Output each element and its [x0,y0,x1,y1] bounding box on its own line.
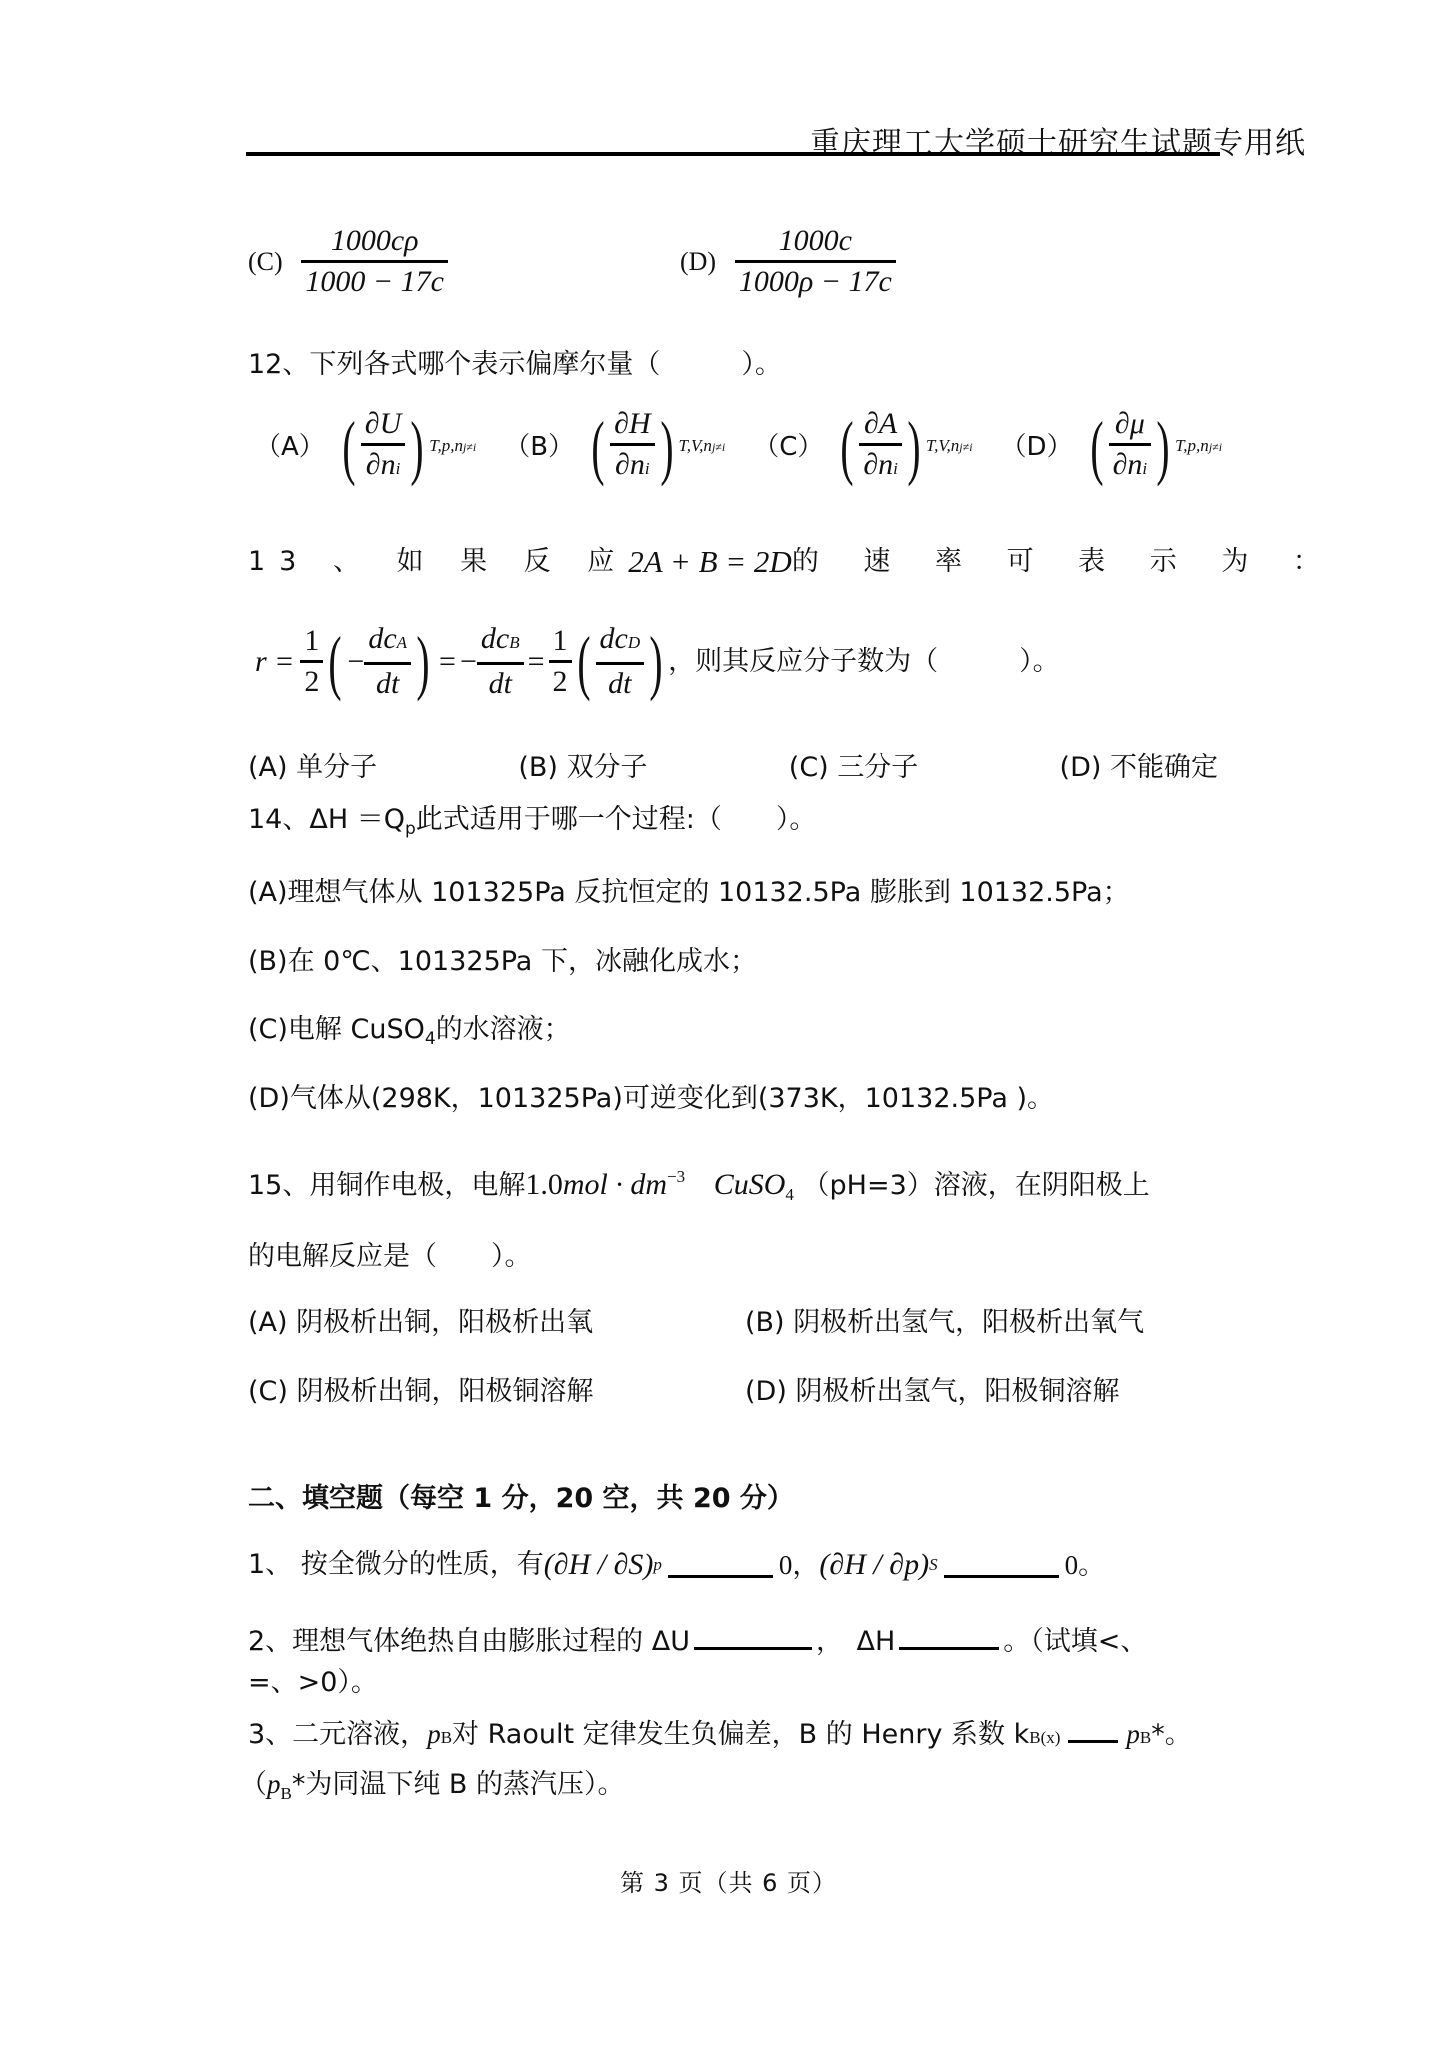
constraint-subscript: T,V,nj≠i [926,429,973,464]
q12-option-d: （D） ( ∂μ ∂ni ) T,p,nj≠i [1001,405,1223,488]
right-paren: ) [411,411,424,483]
section2-title: 二、填空题（每空 1 分，20 空，共 20 分） [248,1482,794,1516]
option-label: （B） [504,430,574,464]
dcD-fraction: dcD dt [596,620,645,703]
answer-blank[interactable] [668,1553,773,1578]
fraction: 1000c 1000ρ − 17c [735,222,896,301]
q15-option-b: (B) 阴极析出氢气，阳极析出氧气 [745,1306,1144,1340]
header-rule [246,152,1220,156]
q13-option-b: (B) 双分子 [518,751,647,785]
denominator: ∂ni [362,446,405,488]
partial-fraction: ∂H ∂ni [610,405,655,488]
option-label: (C) [248,247,283,276]
half-fraction: 1 2 [300,622,323,701]
option-label: （D） [1001,430,1073,464]
left-paren: ( [1090,411,1103,483]
section2-q2-line1: 2、理想气体绝热自由膨胀过程的 ΔU ， ΔH 。（试填<、 [248,1625,1147,1659]
dcB-fraction: dcB dt [477,620,524,703]
q13-tail: ，则其反应分子数为（ ）。 [668,645,1060,679]
q13-option-d: (D) 不能确定 [1060,751,1218,785]
constraint-subscript: T,p,nj≠i [429,429,476,464]
left-paren: ( [591,411,604,483]
q13-option-c: (C) 三分子 [789,751,919,785]
right-paren: ) [907,411,920,483]
option-label: （A） [255,430,325,464]
q15-option-a: (A) 阴极析出铜，阳极析出氧 [248,1306,593,1340]
q14-option-c: (C)电解 CuSO4的水溶液； [248,1013,571,1056]
right-paren: ) [1157,411,1170,483]
numerator: ∂A [860,405,901,443]
denominator: 1000ρ − 17c [735,263,896,301]
q12-options: （A） ( ∂U ∂ni ) T,p,nj≠i （B） ( ∂H ∂ni ) T… [255,405,1222,488]
q13-stem-suffix: 的 速 率 可 表 示 为 ： [792,545,1338,579]
section2-q3-line1: 3、二元溶液， pB 对 Raoult 定律发生负偏差，B 的 Henry 系数… [248,1717,1192,1755]
left-paren: ( [577,626,590,698]
q11-option-d: (D) 1000c 1000ρ − 17c [680,222,896,301]
q11-option-c: (C) 1000cρ 1000 − 17c [248,222,448,301]
section2-q2-line2: =、>0）。 [248,1666,378,1700]
fraction: 1000cρ 1000 − 17c [301,222,448,301]
denominator: ∂ni [859,446,902,488]
numerator: ∂H [610,405,655,443]
section2-q3-line2: （pB*为同温下纯 B 的蒸汽压）。 [240,1767,625,1811]
denominator: ∂ni [611,446,654,488]
section2-q1: 1、 按全微分的性质，有 (∂H / ∂S)p 0， (∂H / ∂p)S 0。 [248,1548,1105,1582]
option-label: （C） [753,430,823,464]
denominator: ∂ni [1109,446,1152,488]
partial-fraction: ∂A ∂ni [859,405,902,488]
constraint-subscript: T,V,nj≠i [679,429,726,464]
right-paren: ) [416,626,429,698]
numerator: 1000cρ [327,222,423,260]
left-paren: ( [841,411,854,483]
numerator: ∂U [361,405,406,443]
q14-stem: 14、ΔH ＝Qp此式适用于哪一个过程:（ ）。 [248,803,816,846]
dcA-fraction: dcA dt [364,620,411,703]
answer-blank[interactable] [694,1625,812,1650]
q14-option-b: (B)在 0℃、101325Pa 下，冰融化成水； [248,945,757,979]
q13-reaction: 2A + B = 2D [628,545,792,579]
partial-fraction: ∂μ ∂ni [1109,405,1152,488]
q13-stem-prefix: 13 、 如 果 反 应 [248,545,628,579]
left-paren: ( [342,411,355,483]
page-footer: 第 3 页（共 6 页） [620,1863,837,1898]
q13-options: (A) 单分子 (B) 双分子 (C) 三分子 (D) 不能确定 [248,751,1218,785]
left-paren: ( [329,626,342,698]
half-fraction: 1 2 [549,622,572,701]
q13-option-a: (A) 单分子 [248,751,377,785]
q13-rate-expression: r = 1 2 ( − dcA dt ) = − dcB dt = 1 2 ( … [255,620,1060,703]
q12-option-a: （A） ( ∂U ∂ni ) T,p,nj≠i [255,405,476,488]
q15-stem-line2: 的电解反应是（ ）。 [248,1240,532,1274]
answer-blank[interactable] [944,1553,1059,1578]
numerator: ∂μ [1111,405,1149,443]
q15-option-d: (D) 阴极析出氢气，阳极铜溶解 [745,1375,1119,1409]
constraint-subscript: T,p,nj≠i [1175,429,1222,464]
option-label: (D) [680,247,716,276]
q13-stem: 13 、 如 果 反 应 2A + B = 2D 的 速 率 可 表 示 为 ： [248,545,1208,579]
q12-option-b: （B） ( ∂H ∂ni ) T,V,nj≠i [504,405,725,488]
q14-option-a: (A)理想气体从 101325Pa 反抗恒定的 10132.5Pa 膨胀到 10… [248,876,1130,910]
numerator: 1000c [775,222,856,260]
answer-blank[interactable] [1068,1718,1118,1743]
q15-stem-line1: 15、用铜作电极，电解1.0mol · dm−3 CuSO4 （pH=3）溶液，… [248,1160,1150,1212]
denominator: 1000 − 17c [301,263,448,301]
q14-option-d: (D)气体从(298K，101325Pa)可逆变化到(373K，10132.5P… [248,1082,1054,1116]
q15-option-c: (C) 阴极析出铜，阳极铜溶解 [248,1375,594,1409]
right-paren: ) [650,626,663,698]
rate-lhs: r = [255,645,294,679]
partial-fraction: ∂U ∂ni [361,405,406,488]
answer-blank[interactable] [899,1625,999,1650]
right-paren: ) [660,411,673,483]
q12-stem: 12、下列各式哪个表示偏摩尔量（ ）。 [248,348,782,382]
q12-option-c: （C） ( ∂A ∂ni ) T,V,nj≠i [753,405,972,488]
